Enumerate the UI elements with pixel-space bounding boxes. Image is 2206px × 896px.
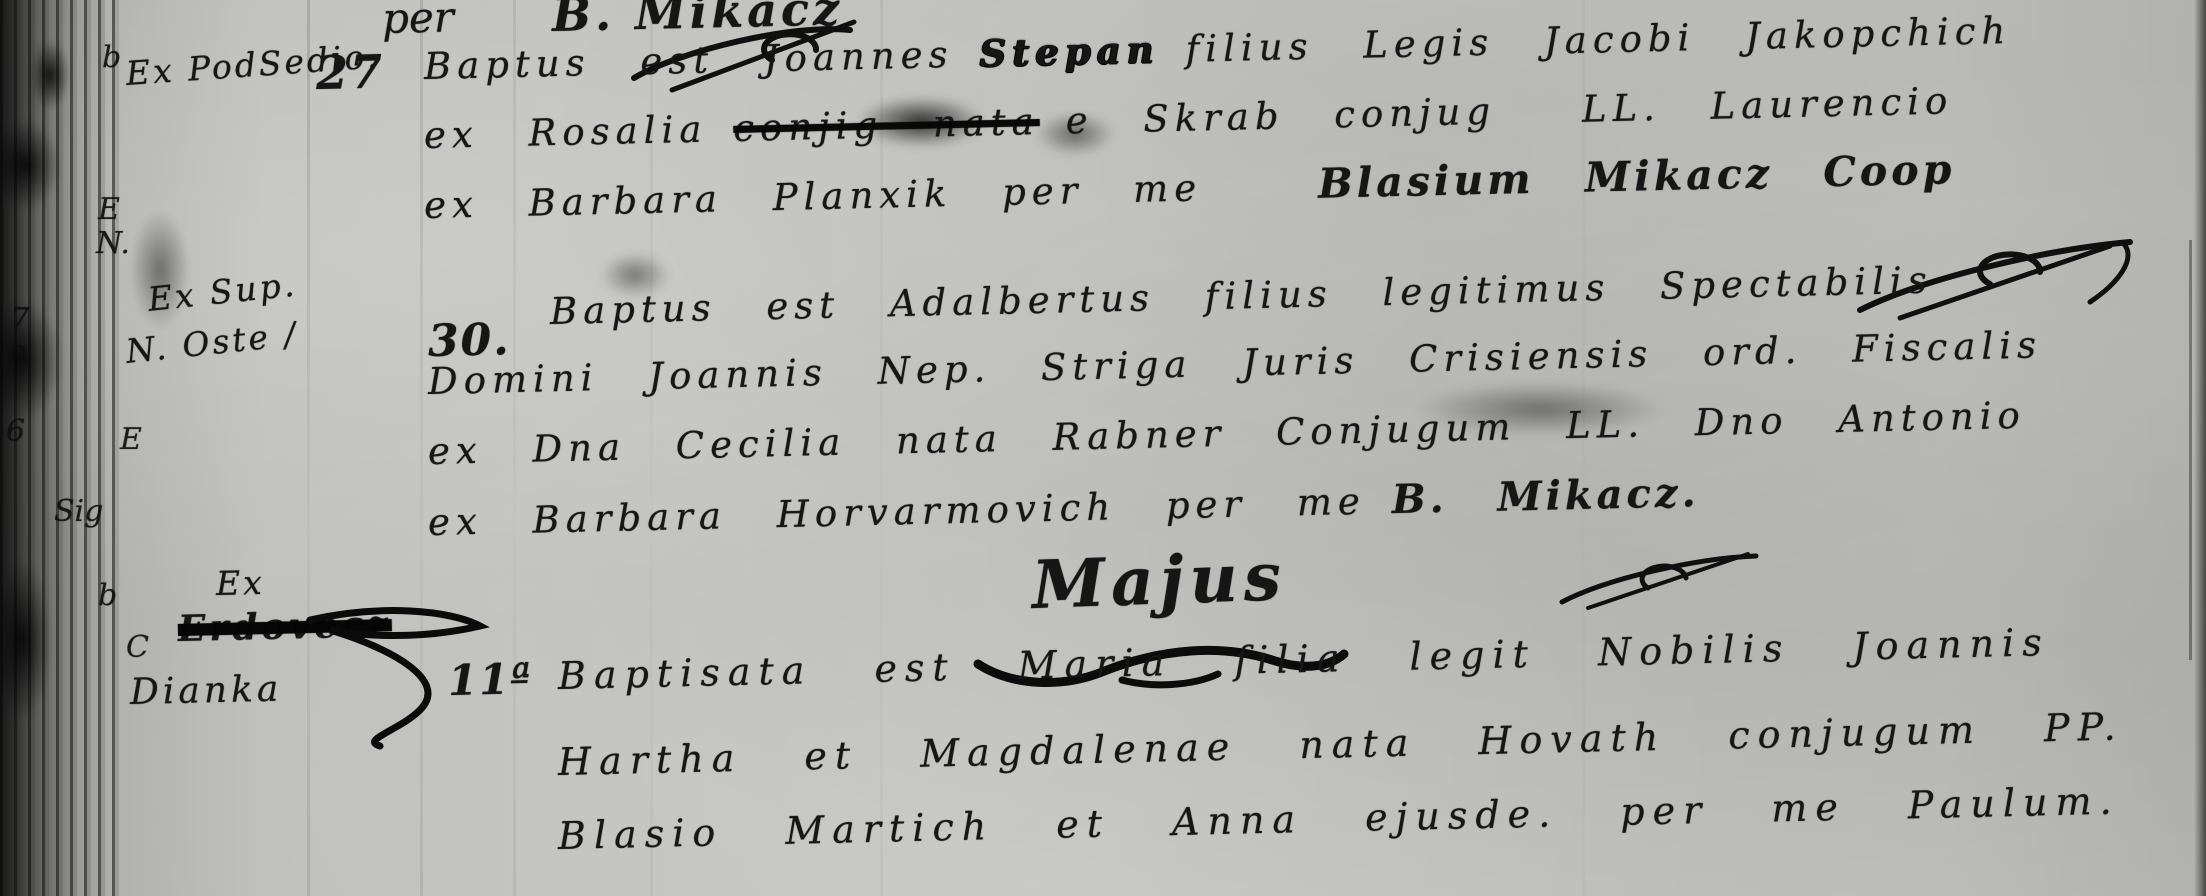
paper-crease xyxy=(1582,0,1585,896)
paper-crease xyxy=(307,0,310,896)
entry2-line2-text: Domini Joannis Nep. Striga Juris Crisien… xyxy=(428,323,2043,403)
entry1-priest-signature: Blasium Mikacz Coop xyxy=(1317,145,1955,207)
page-edge-shadow xyxy=(2194,0,2206,896)
entry3-line2: Hartha et Magdalenae nata Hovath conjugu… xyxy=(558,704,2125,784)
entry3-margin-prefix: Ex xyxy=(216,563,266,603)
page-edge-line xyxy=(2189,240,2192,660)
paper-crease xyxy=(420,0,423,896)
entry1-line3: ex Barbara Planxik per meBlasium Mikacz … xyxy=(423,145,1981,228)
entry1-day-number: 27 xyxy=(315,44,384,100)
entry2-line4: ex Barbara Horvarmovich per meB. Mikacz. xyxy=(427,469,1726,545)
entry3-margin-place: Dianka xyxy=(130,669,283,713)
entry2-line1-text: Baptus est Adalbertus filius legitimus S… xyxy=(550,259,1934,333)
gutter-mark: Sig xyxy=(54,494,103,529)
gutter-mark: n xyxy=(8,334,27,369)
entry1-line1-text: Baptus est Joannes xyxy=(424,33,954,88)
month-heading: Majus xyxy=(1031,537,1288,624)
gutter-mark: 6 xyxy=(6,414,25,449)
gutter-mark: C xyxy=(126,630,149,665)
entry1-line1-overwritten-word: Stepan xyxy=(979,27,1160,75)
gutter-mark: b xyxy=(98,578,117,613)
entry1-line2-struck-words: conjig nata xyxy=(733,100,1040,150)
entry3-line3: Blasio Martich et Anna ejusde. per me Pa… xyxy=(558,779,2121,858)
entry1-line2-text: LL. Laurencio xyxy=(1581,79,1953,130)
entry1-line2-text: e Skrab conjug xyxy=(1065,90,1496,143)
signature-paraph-flourish xyxy=(1548,548,1768,612)
entry2-line1: Baptus est Adalbertus filius legitimus S… xyxy=(550,258,1960,333)
entry2-line4-text: ex Barbara Horvarmovich per me xyxy=(428,480,1367,544)
entry3-line2-text: Hartha et Magdalenae nata Hovath conjugu… xyxy=(558,704,2125,784)
entry1-line1-text: filius Legis Jacobi Jakopchich xyxy=(1185,9,2012,71)
register-page-scan: b E N. 7 n 6 E Sig b C per B. Mikacz Ex … xyxy=(0,0,2206,896)
gutter-mark: 7 xyxy=(10,302,29,337)
ink-blot xyxy=(30,40,70,110)
gutter-mark: N. xyxy=(96,226,130,261)
entry2-priest-signature: B. Mikacz. xyxy=(1391,469,1700,523)
gutter-mark: E xyxy=(98,192,120,227)
gutter-mark: E xyxy=(120,422,142,457)
gutter-mark: b xyxy=(102,40,121,75)
entry1-line3-text: ex Barbara Planxik per me xyxy=(424,166,1203,227)
entry2-line3-text: ex Dna Cecilia nata Rabner Conjugum LL. … xyxy=(428,394,2027,473)
entry2-line2: Domini Joannis Nep. Striga Juris Crisien… xyxy=(428,323,2069,403)
entry3-day-number: 11ª xyxy=(447,654,533,705)
entry3-line3-text: Blasio Martich et Anna ejusde. per me Pa… xyxy=(558,779,2121,858)
entry1-line2-text: ex Rosalia xyxy=(424,108,708,157)
header-per-text: per xyxy=(381,0,454,43)
entry2-line3: ex Dna Cecilia nata Rabner Conjugum LL. … xyxy=(428,393,2053,473)
